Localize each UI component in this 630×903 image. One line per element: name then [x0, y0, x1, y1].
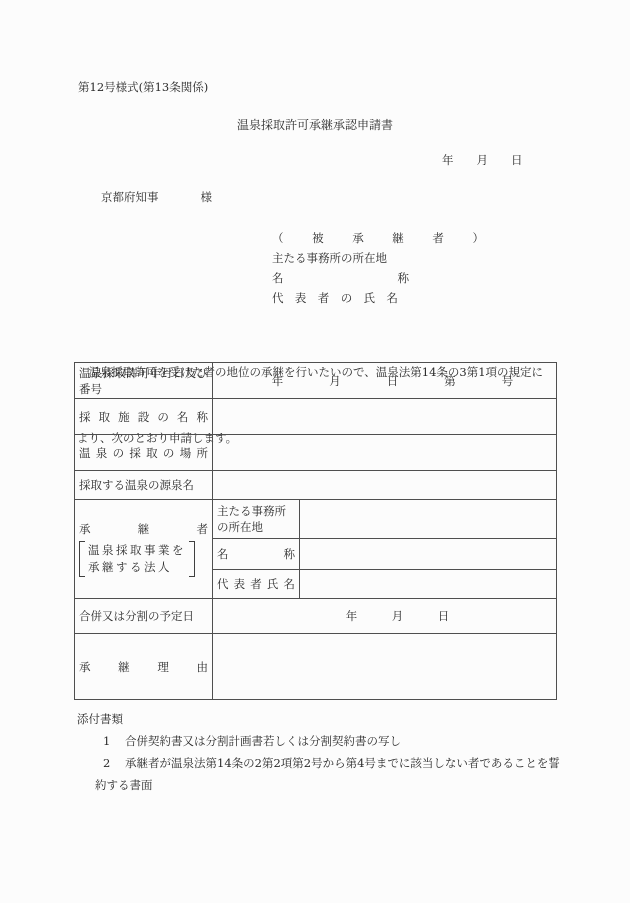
place-value-cell	[213, 435, 557, 471]
successee-name-label: 名称	[272, 268, 409, 288]
facility-value-cell	[213, 399, 557, 435]
page-title: 温泉採取許可承継承認申請書	[0, 116, 630, 133]
table-row-reason: 承継理由	[75, 634, 557, 700]
facility-label: 採取施設の名称	[75, 399, 213, 435]
attachment-item-2: 2承継者が温泉法第14条の2第2項第2号から第4号までに該当しない者であることを…	[103, 752, 560, 774]
place-label: 温泉の採取の場所	[75, 435, 213, 471]
permit-date-label: 温泉採取許可年月日及び番号	[75, 363, 213, 399]
successee-block: （ 被 承 継 者 ） 主たる事務所の所在地 名称 代表者の氏名	[272, 228, 484, 308]
attachment-item-2-number: 2	[103, 752, 125, 774]
attachment-item-2-text-line1: 承継者が温泉法第14条の2第2項第2号から第4号までに該当しない者であることを誓	[125, 756, 560, 770]
table-row-successor-office: 承継者 温泉採取事業を 承継する法人 主たる事務所の所在地	[75, 500, 557, 539]
successor-note: 温泉採取事業を 承継する法人	[79, 541, 195, 577]
successee-representative-label: 代表者の氏名	[272, 288, 398, 308]
form-number: 第12号様式(第13条関係)	[78, 79, 208, 95]
addressee-honorific: 様	[201, 190, 213, 204]
representative-value-cell	[300, 570, 557, 599]
merger-date-value-cell: 年 月 日	[213, 599, 557, 634]
addressee: 京都府知事	[101, 190, 159, 204]
successor-note-line1: 温泉採取事業を	[88, 542, 186, 559]
table-row-facility: 採取施設の名称	[75, 399, 557, 435]
attachment-item-2-text-line2: 約する書面	[95, 774, 560, 796]
office-label: 主たる事務所の所在地	[213, 500, 300, 539]
addressee-row: 京都府知事様	[101, 189, 212, 205]
merger-date-label: 合併又は分割の予定日	[75, 599, 213, 634]
permit-date-value-cell: 年 月 日 第 号	[213, 363, 557, 399]
successor-label: 承継者	[79, 522, 208, 537]
representative-label: 代表者氏名	[213, 570, 300, 599]
table-row-merger-date: 合併又は分割の予定日 年 月 日	[75, 599, 557, 634]
attachment-item-1: 1合併契約書又は分割計画書若しくは分割契約書の写し	[103, 730, 560, 752]
office-value-cell	[300, 500, 557, 539]
reason-value-cell	[213, 634, 557, 700]
name-label: 名称	[213, 539, 300, 570]
source-label: 採取する温泉の源泉名	[75, 471, 213, 500]
reason-label: 承継理由	[75, 634, 213, 700]
successor-note-text: 温泉採取事業を 承継する法人	[85, 541, 189, 577]
table-row-place: 温泉の採取の場所	[75, 435, 557, 471]
name-value-cell	[300, 539, 557, 570]
attachments-section: 添付書類 1合併契約書又は分割計画書若しくは分割契約書の写し 2承継者が温泉法第…	[77, 708, 560, 796]
application-date-line: 年 月 日	[442, 152, 523, 168]
table-row-permit-date: 温泉採取許可年月日及び番号 年 月 日 第 号	[75, 363, 557, 399]
right-bracket-icon	[189, 541, 195, 577]
attachments-heading: 添付書類	[77, 708, 560, 730]
attachment-item-1-text: 合併契約書又は分割計画書若しくは分割契約書の写し	[125, 734, 401, 748]
successor-note-line2: 承継する法人	[88, 559, 186, 576]
application-table: 温泉採取許可年月日及び番号 年 月 日 第 号 採取施設の名称 温泉の採取の場所…	[74, 362, 557, 700]
successee-address-label: 主たる事務所の所在地	[272, 248, 484, 268]
table-row-source: 採取する温泉の源泉名	[75, 471, 557, 500]
form-page: 第12号様式(第13条関係) 温泉採取許可承継承認申請書 年 月 日 京都府知事…	[0, 0, 630, 903]
successor-label-cell: 承継者 温泉採取事業を 承継する法人	[75, 500, 213, 599]
attachment-item-1-number: 1	[103, 730, 125, 752]
successee-heading: （ 被 承 継 者 ）	[272, 228, 484, 248]
source-value-cell	[213, 471, 557, 500]
